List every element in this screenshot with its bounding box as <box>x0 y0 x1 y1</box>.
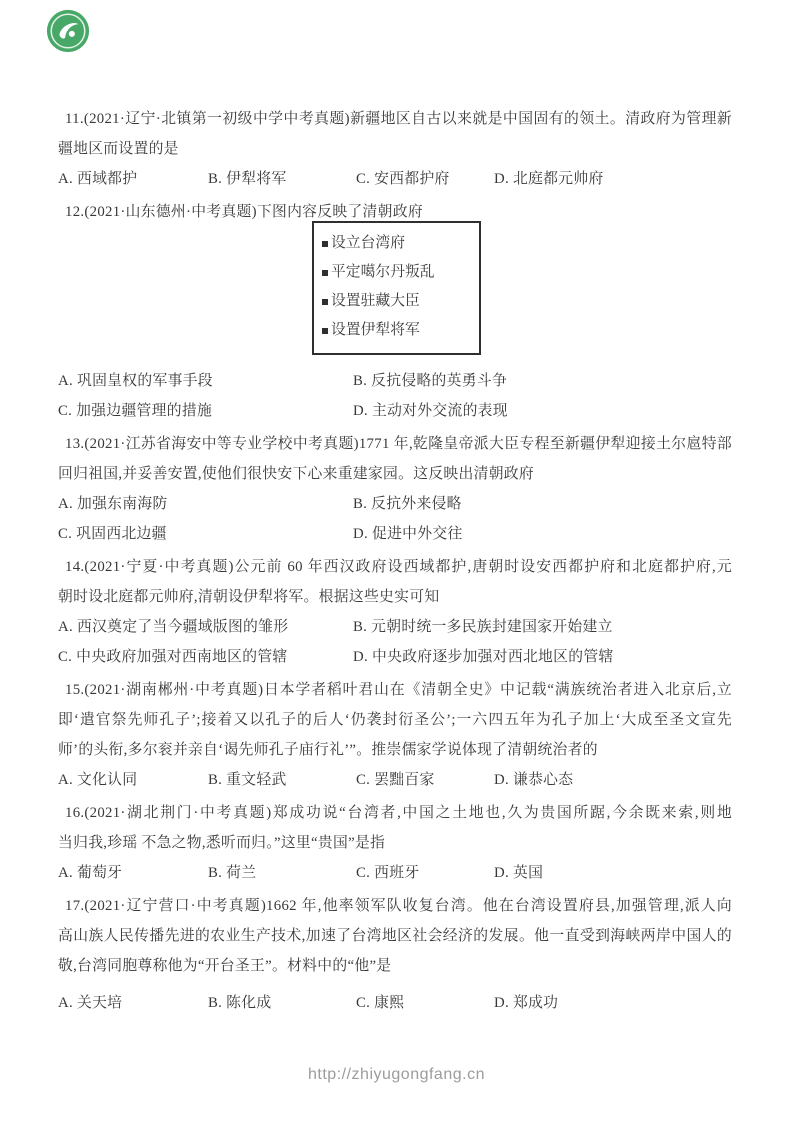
question-11-text-line: 疆地区而设置的是 <box>58 134 732 164</box>
options-row: A. 西汉奠定了当今疆域版图的雏形B. 元朝时统一多民族封建国家开始建立 <box>58 612 732 642</box>
question-14-text-line: 14.(2021·宁夏·中考真题)公元前 60 年西汉政府设西域都护,唐朝时设安… <box>58 552 732 582</box>
option: B. 重文轻武 <box>208 765 356 795</box>
options-row: A. 西域都护B. 伊犁将军C. 安西都护府D. 北庭都元帅府 <box>58 164 732 194</box>
option: B. 反抗外来侵略 <box>353 489 732 519</box>
summary-box-item: 设立台湾府 <box>322 229 475 258</box>
option: D. 中央政府逐步加强对西北地区的管辖 <box>353 642 732 672</box>
bullet-square-icon <box>322 270 328 276</box>
option: D. 主动对外交流的表现 <box>353 396 732 426</box>
option: C. 西班牙 <box>356 858 494 888</box>
option: C. 安西都护府 <box>356 164 494 194</box>
options-row: A. 葡萄牙B. 荷兰C. 西班牙D. 英国 <box>58 858 732 888</box>
footer-url: http://zhiyugongfang.cn <box>0 1066 793 1084</box>
summary-box-item: 设置驻藏大臣 <box>322 287 475 316</box>
question-12: 12.(2021·山东德州·中考真题)下图内容反映了清朝政府设立台湾府平定噶尔丹… <box>58 197 732 426</box>
option: A. 葡萄牙 <box>58 858 208 888</box>
bullet-square-icon <box>322 299 328 305</box>
option: A. 关天培 <box>58 988 208 1018</box>
option: D. 郑成功 <box>494 988 732 1018</box>
option: B. 陈化成 <box>208 988 356 1018</box>
options-row: A. 巩固皇权的军事手段B. 反抗侵略的英勇斗争 <box>58 366 732 396</box>
question-12-text-line: 12.(2021·山东德州·中考真题)下图内容反映了清朝政府 <box>58 197 732 227</box>
question-13-text-line: 回归祖国,并妥善安置,使他们很快安下心来重建家园。这反映出清朝政府 <box>58 459 732 489</box>
summary-box-item-text: 设立台湾府 <box>331 229 405 258</box>
question-11-text-line: 11.(2021·辽宁·北镇第一初级中学中考真题)新疆地区自古以来就是中国固有的… <box>58 104 732 134</box>
question-15-text-line: 即‘遣官祭先师孔子’;接着又以孔子的后人‘仍袭封衍圣公’;一六四五年为孔子加上‘… <box>58 705 732 735</box>
option: A. 西域都护 <box>58 164 208 194</box>
summary-box-item-text: 设置驻藏大臣 <box>331 287 420 316</box>
exam-page: 11.(2021·辽宁·北镇第一初级中学中考真题)新疆地区自古以来就是中国固有的… <box>0 0 793 1122</box>
option: D. 谦恭心态 <box>494 765 732 795</box>
bullet-square-icon <box>322 241 328 247</box>
options-row: A. 文化认同B. 重文轻武C. 罢黜百家D. 谦恭心态 <box>58 765 732 795</box>
options-row: A. 关天培B. 陈化成C. 康熙D. 郑成功 <box>58 988 732 1018</box>
question-11: 11.(2021·辽宁·北镇第一初级中学中考真题)新疆地区自古以来就是中国固有的… <box>58 104 732 194</box>
option: C. 康熙 <box>356 988 494 1018</box>
question-16-text-line: 当归我,珍瑶 不急之物,悉听而归。”这里“贵国”是指 <box>58 828 732 858</box>
options-row: C. 巩固西北边疆D. 促进中外交往 <box>58 519 732 549</box>
question-17: 17.(2021·辽宁营口·中考真题)1662 年,他率领军队收复台湾。他在台湾… <box>58 891 732 1018</box>
question-15-text-line: 师’的头衔,多尔衮并亲自‘谒先师孔子庙行礼’”。推崇儒家学说体现了清朝统治者的 <box>58 735 732 765</box>
question-16: 16.(2021·湖北荆门·中考真题)郑成功说“台湾者,中国之土地也,久为贵国所… <box>58 798 732 888</box>
option: D. 英国 <box>494 858 732 888</box>
summary-box-item-text: 设置伊犁将军 <box>331 316 420 345</box>
option: D. 北庭都元帅府 <box>494 164 732 194</box>
summary-box: 设立台湾府平定噶尔丹叛乱设置驻藏大臣设置伊犁将军 <box>312 221 481 355</box>
option: C. 巩固西北边疆 <box>58 519 353 549</box>
question-15: 15.(2021·湖南郴州·中考真题)日本学者稻叶君山在《清朝全史》中记载“满族… <box>58 675 732 795</box>
question-15-text-line: 15.(2021·湖南郴州·中考真题)日本学者稻叶君山在《清朝全史》中记载“满族… <box>58 675 732 705</box>
summary-box-item-text: 平定噶尔丹叛乱 <box>331 258 435 287</box>
question-14-text-line: 朝时设北庭都元帅府,清朝设伊犁将军。根据这些史实可知 <box>58 582 732 612</box>
options-row: C. 中央政府加强对西南地区的管辖D. 中央政府逐步加强对西北地区的管辖 <box>58 642 732 672</box>
summary-box-item: 平定噶尔丹叛乱 <box>322 258 475 287</box>
bullet-square-icon <box>322 328 328 334</box>
question-17-text-line: 高山族人民传播先进的农业生产技术,加速了台湾地区社会经济的发展。他一直受到海峡两… <box>58 921 732 951</box>
question-17-text-line: 17.(2021·辽宁营口·中考真题)1662 年,他率领军队收复台湾。他在台湾… <box>58 891 732 921</box>
options-row: A. 加强东南海防B. 反抗外来侵略 <box>58 489 732 519</box>
option: B. 荷兰 <box>208 858 356 888</box>
option: B. 伊犁将军 <box>208 164 356 194</box>
option: A. 西汉奠定了当今疆域版图的雏形 <box>58 612 353 642</box>
question-13: 13.(2021·江苏省海安中等专业学校中考真题)1771 年,乾隆皇帝派大臣专… <box>58 429 732 549</box>
option: C. 加强边疆管理的措施 <box>58 396 353 426</box>
option: C. 中央政府加强对西南地区的管辖 <box>58 642 353 672</box>
option: A. 加强东南海防 <box>58 489 353 519</box>
question-13-text-line: 13.(2021·江苏省海安中等专业学校中考真题)1771 年,乾隆皇帝派大臣专… <box>58 429 732 459</box>
option: D. 促进中外交往 <box>353 519 732 549</box>
options-row: C. 加强边疆管理的措施D. 主动对外交流的表现 <box>58 396 732 426</box>
option: A. 文化认同 <box>58 765 208 795</box>
question-17-text-line: 敬,台湾同胞尊称他为“开台圣王”。材料中的“他”是 <box>58 951 732 981</box>
option: C. 罢黜百家 <box>356 765 494 795</box>
option: A. 巩固皇权的军事手段 <box>58 366 353 396</box>
question-14: 14.(2021·宁夏·中考真题)公元前 60 年西汉政府设西域都护,唐朝时设安… <box>58 552 732 672</box>
questions-container: 11.(2021·辽宁·北镇第一初级中学中考真题)新疆地区自古以来就是中国固有的… <box>58 104 732 1021</box>
question-16-text-line: 16.(2021·湖北荆门·中考真题)郑成功说“台湾者,中国之土地也,久为贵国所… <box>58 798 732 828</box>
summary-box-item: 设置伊犁将军 <box>322 316 475 345</box>
option: B. 元朝时统一多民族封建国家开始建立 <box>353 612 732 642</box>
zhiyugongfang-logo-icon <box>45 8 91 54</box>
option: B. 反抗侵略的英勇斗争 <box>353 366 732 396</box>
